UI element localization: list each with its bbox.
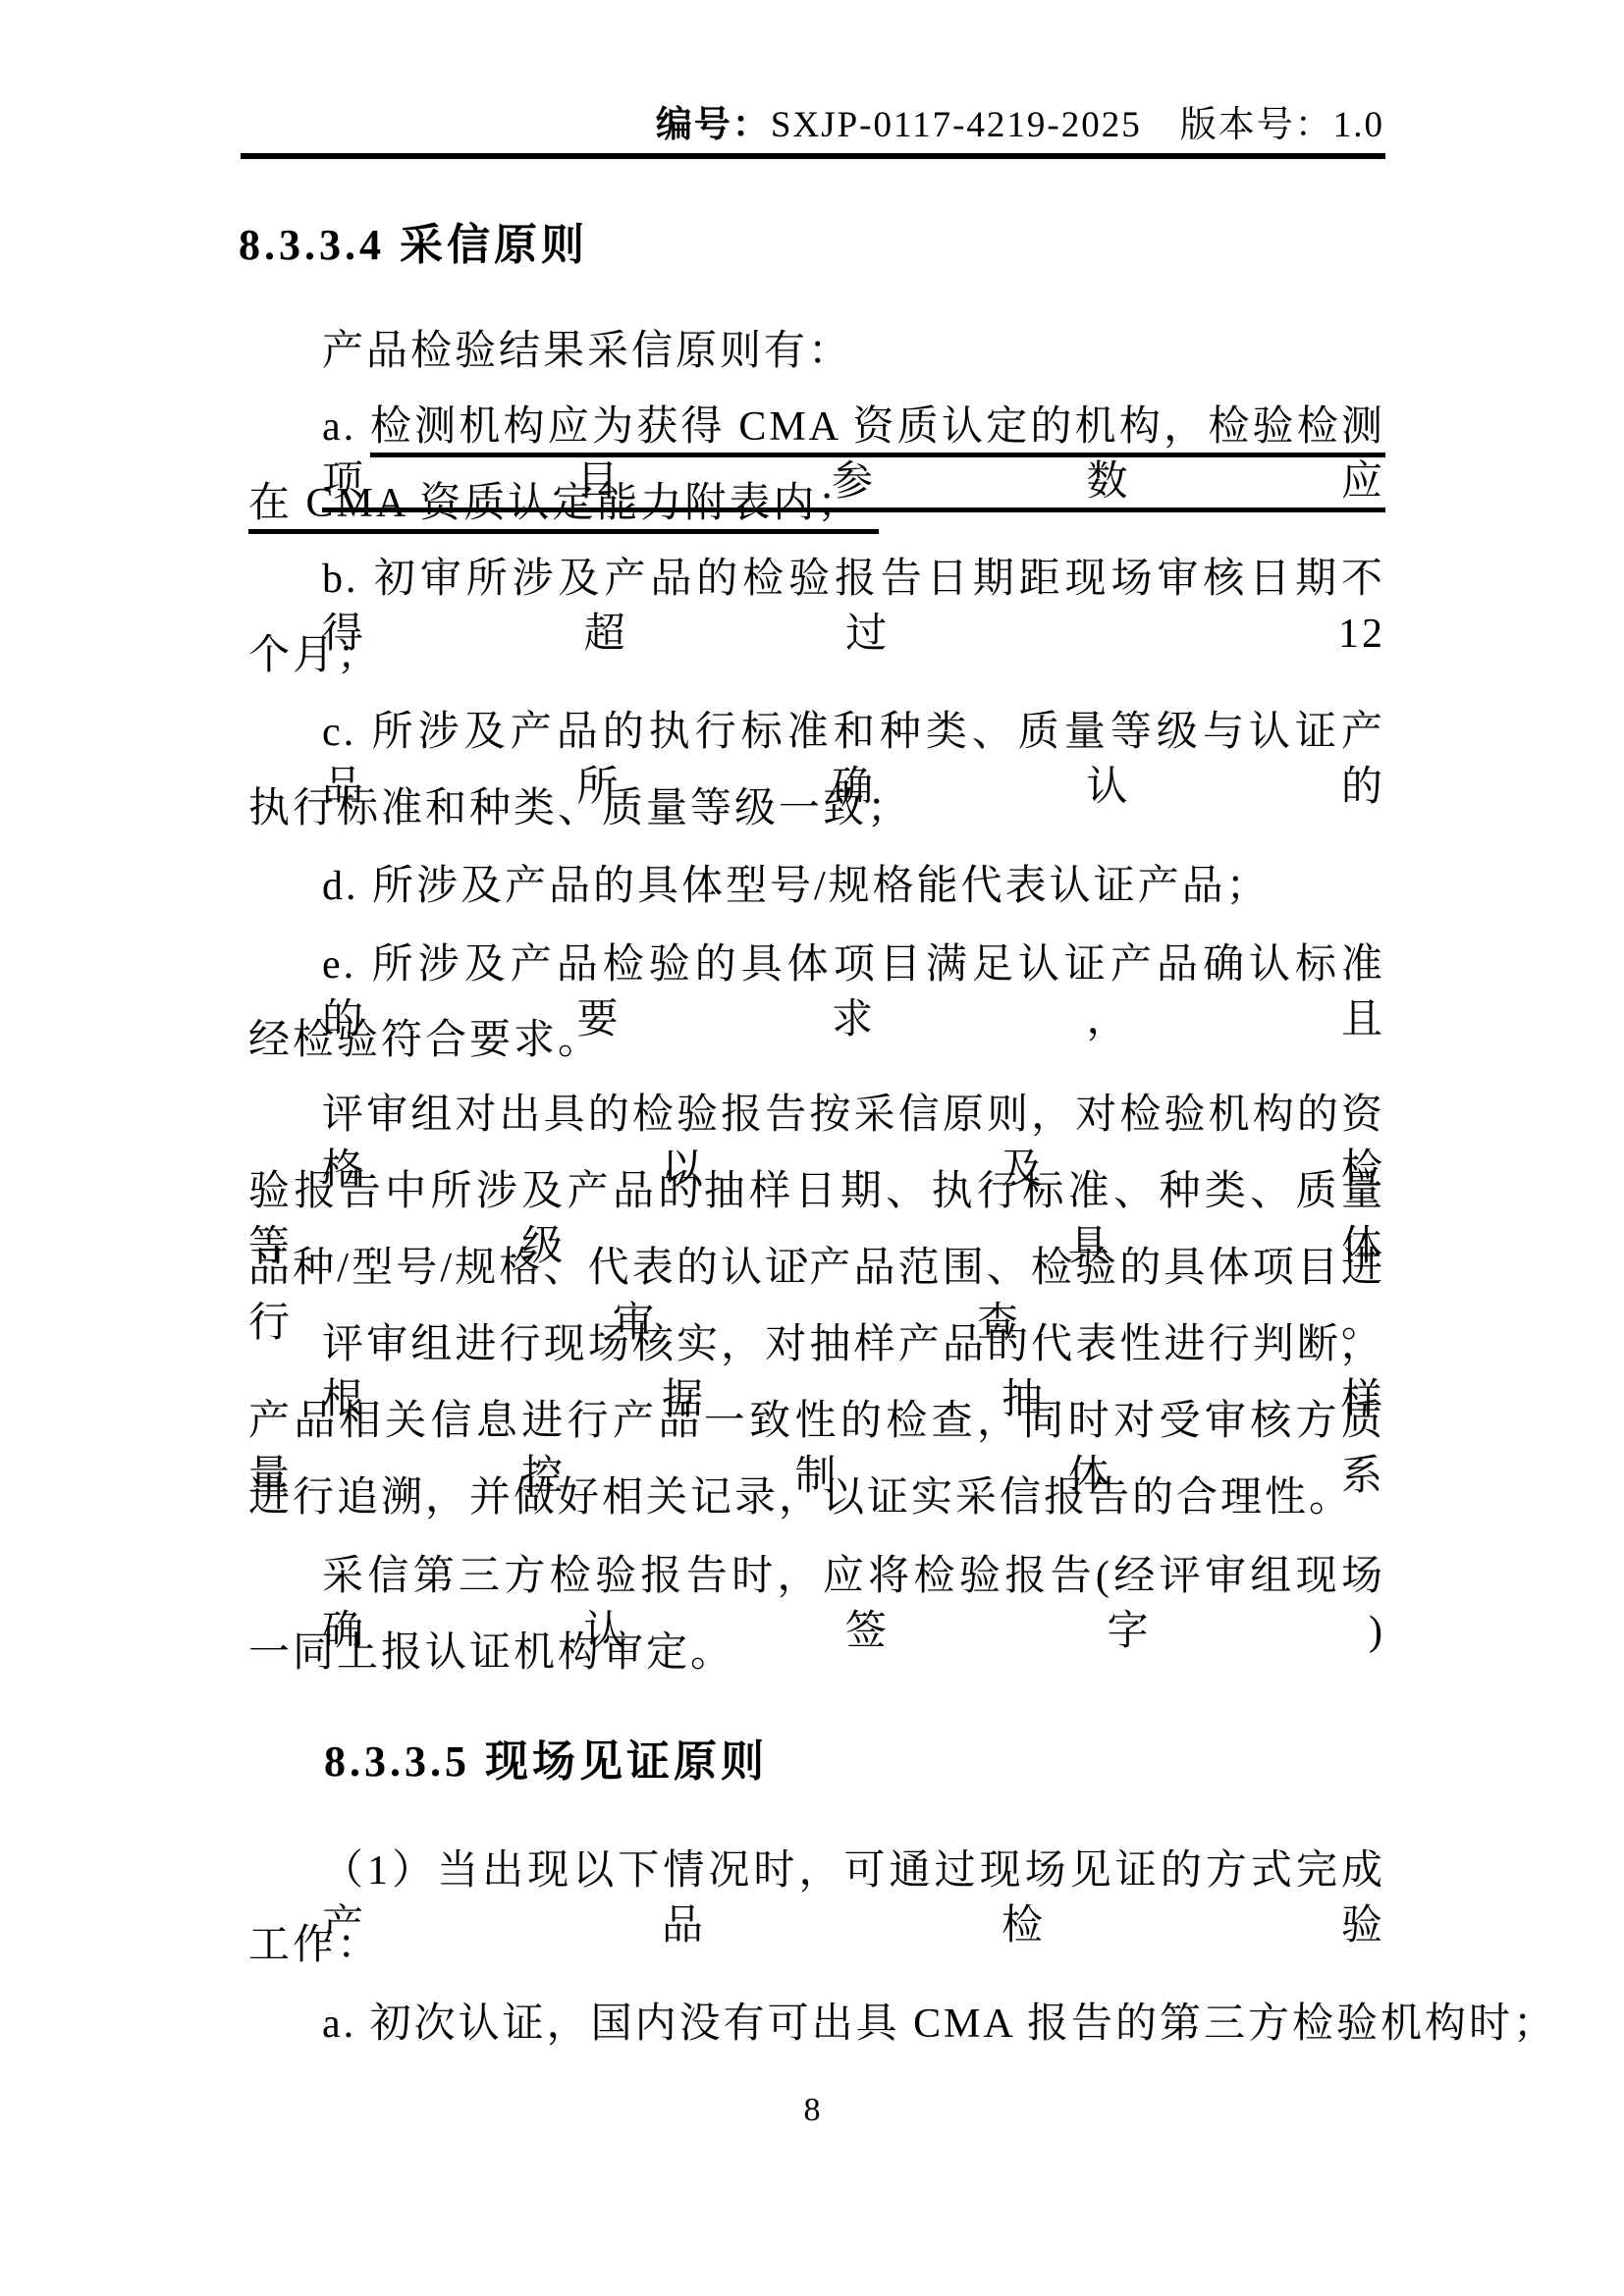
page-number: 8 [0, 2083, 1624, 2138]
document-page: 编号：SXJP-0117-4219-2025 版本号：1.0 8.3.3.4 采… [0, 0, 1624, 2296]
header-gap [1142, 105, 1180, 145]
line-text: 进行追溯，并做好相关记录，以证实采信报告的合理性。 [248, 1475, 1353, 1521]
doc-version-label: 版本号： [1180, 105, 1333, 145]
line-text: 经检验符合要求。 [248, 1018, 602, 1063]
line-text: 执行标准和种类、质量等级一致； [248, 786, 911, 831]
body-line: 产品检验结果采信原则有： [248, 324, 1385, 379]
body-line: 一同上报认证机构审定。 [248, 1626, 1385, 1681]
doc-code-label: 编号： [656, 105, 771, 145]
body-line: 经检验符合要求。 [248, 1013, 1385, 1068]
line-text: 工作： [248, 1923, 381, 1968]
doc-version-value: 1.0 [1333, 105, 1384, 145]
section-heading-8335: 8.3.3.5 现场见证原则 [324, 1735, 768, 1789]
body-line: 执行标准和种类、质量等级一致； [248, 781, 1385, 836]
doc-code-value: SXJP-0117-4219-2025 [771, 105, 1142, 145]
line-text: 产品检验结果采信原则有： [322, 329, 852, 374]
body-line: d. 所涉及产品的具体型号/规格能代表认证产品； [248, 859, 1385, 914]
line-text: a. 初次认证，国内没有可出具 CMA 报告的第三方检验机构时； [322, 2002, 1557, 2047]
line-text: d. 所涉及产品的具体型号/规格能代表认证产品； [322, 864, 1271, 909]
underlined-text: 在 CMA 资质认定能力附表内； [248, 481, 879, 534]
body-line: 工作： [248, 1918, 1385, 1973]
body-line: 在 CMA 资质认定能力附表内； [248, 476, 1385, 531]
line-text: a. [322, 404, 370, 450]
header-rule [241, 153, 1385, 159]
section-heading-8334: 8.3.3.4 采信原则 [239, 218, 588, 273]
body-line: 个月； [248, 628, 1385, 683]
body-line: a. 初次认证，国内没有可出具 CMA 报告的第三方检验机构时； [248, 1997, 1385, 2052]
body-line: 进行追溯，并做好相关记录，以证实采信报告的合理性。 [248, 1470, 1385, 1525]
line-text: 一同上报认证机构审定。 [248, 1630, 734, 1676]
page-header: 编号：SXJP-0117-4219-2025 版本号：1.0 [248, 98, 1384, 153]
line-text: 个月； [248, 633, 381, 678]
